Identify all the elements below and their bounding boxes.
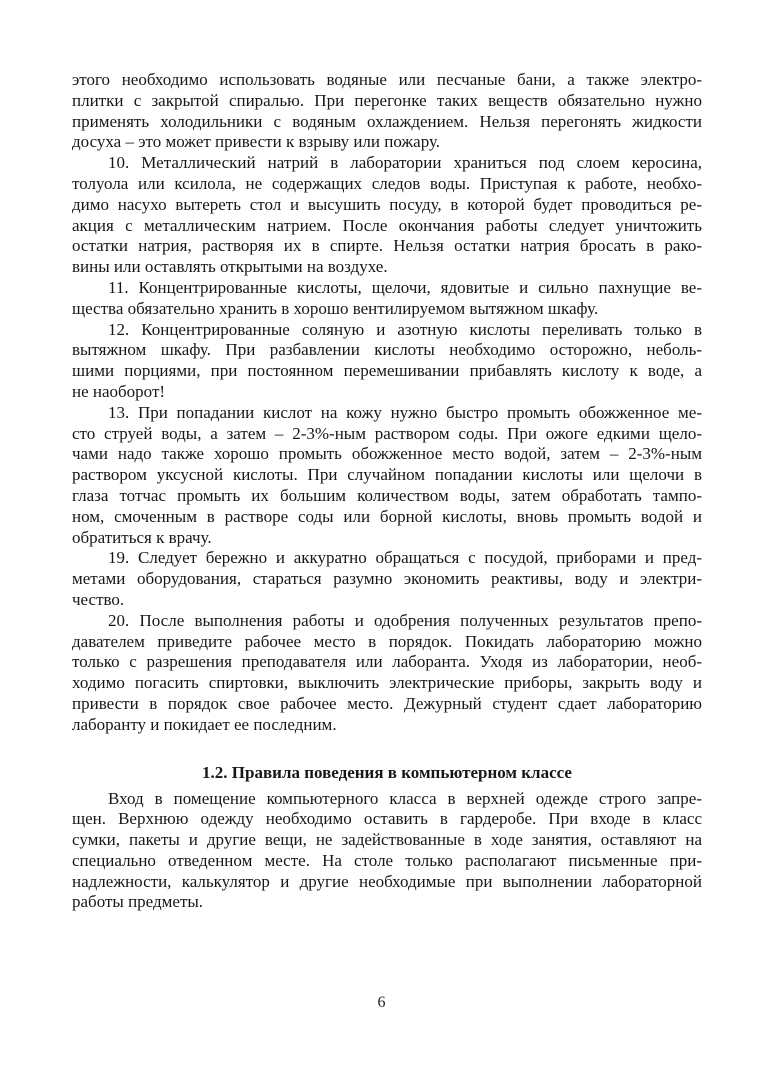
text-line: 12. Концентрированные соляную и азотную … xyxy=(72,320,702,341)
text-block: этого необходимо использовать водяные ил… xyxy=(72,70,702,913)
text-line: 10. Металлический натрий в лаборатории х… xyxy=(72,153,702,174)
text-line: акция с металлическим натрием. После око… xyxy=(72,216,702,237)
text-line: вытяжном шкафу. При разбавлении кислоты … xyxy=(72,340,702,361)
text-line: досуха – это может привести к взрыву или… xyxy=(72,132,702,153)
text-line: не наоборот! xyxy=(72,382,702,403)
text-line: глаза тотчас промыть их большим количест… xyxy=(72,486,702,507)
paragraph: 13. При попадании кислот на кожу нужно б… xyxy=(72,403,702,549)
text-line: ном, смоченным в растворе соды или борно… xyxy=(72,507,702,528)
document-page: этого необходимо использовать водяные ил… xyxy=(0,0,763,1080)
text-line: 20. После выполнения работы и одобрения … xyxy=(72,611,702,632)
text-line: остатки натрия, растворяя их в спирте. Н… xyxy=(72,236,702,257)
text-line: обратиться к врачу. xyxy=(72,528,702,549)
text-line: сумки, пакеты и другие вещи, не задейств… xyxy=(72,830,702,851)
text-line: ходимо погасить спиртовки, выключить эле… xyxy=(72,673,702,694)
paragraph: 11. Концентрированные кислоты, щелочи, я… xyxy=(72,278,702,320)
text-line: давателем приведите рабочее место в поря… xyxy=(72,632,702,653)
text-line: 11. Концентрированные кислоты, щелочи, я… xyxy=(72,278,702,299)
text-line: димо насухо вытереть стол и высушить пос… xyxy=(72,195,702,216)
paragraphs-before-heading: этого необходимо использовать водяные ил… xyxy=(72,70,702,736)
text-line: метами оборудования, стараться разумно э… xyxy=(72,569,702,590)
text-line: вины или оставлять открытыми на воздухе. xyxy=(72,257,702,278)
text-line: щества обязательно хранить в хорошо вент… xyxy=(72,299,702,320)
text-line: Вход в помещение компьютерного класса в … xyxy=(72,789,702,810)
text-line: чество. xyxy=(72,590,702,611)
text-line: 13. При попадании кислот на кожу нужно б… xyxy=(72,403,702,424)
paragraph: 20. После выполнения работы и одобрения … xyxy=(72,611,702,736)
paragraph: 10. Металлический натрий в лаборатории х… xyxy=(72,153,702,278)
text-line: лаборанту и покидает ее последним. xyxy=(72,715,702,736)
text-line: работы предметы. xyxy=(72,892,702,913)
text-line: чами надо также хорошо промыть обожженно… xyxy=(72,444,702,465)
text-line: толуола или ксилола, не содержащих следо… xyxy=(72,174,702,195)
paragraph: 12. Концентрированные соляную и азотную … xyxy=(72,320,702,403)
paragraph: Вход в помещение компьютерного класса в … xyxy=(72,789,702,914)
text-line: только с разрешения преподавателя или ла… xyxy=(72,652,702,673)
text-line: шими порциями, при постоянном перемешива… xyxy=(72,361,702,382)
text-line: 19. Следует бережно и аккуратно обращать… xyxy=(72,548,702,569)
paragraphs-after-heading: Вход в помещение компьютерного класса в … xyxy=(72,789,702,914)
text-line: надлежности, калькулятор и другие необхо… xyxy=(72,872,702,893)
section-heading: 1.2. Правила поведения в компьютерном кл… xyxy=(72,762,702,783)
page-number: 6 xyxy=(0,994,763,1012)
paragraph: 19. Следует бережно и аккуратно обращать… xyxy=(72,548,702,610)
text-line: щен. Верхнюю одежду необходимо оставить … xyxy=(72,809,702,830)
paragraph: этого необходимо использовать водяные ил… xyxy=(72,70,702,153)
text-line: раствором уксусной кислоты. При случайно… xyxy=(72,465,702,486)
text-line: привести в порядок свое рабочее место. Д… xyxy=(72,694,702,715)
text-line: этого необходимо использовать водяные ил… xyxy=(72,70,702,91)
text-line: применять холодильники с водяным охлажде… xyxy=(72,112,702,133)
text-line: сто струей воды, а затем – 2-3%-ным раст… xyxy=(72,424,702,445)
text-line: специально отведенном месте. На столе то… xyxy=(72,851,702,872)
text-line: плитки с закрытой спиралью. При перегонк… xyxy=(72,91,702,112)
